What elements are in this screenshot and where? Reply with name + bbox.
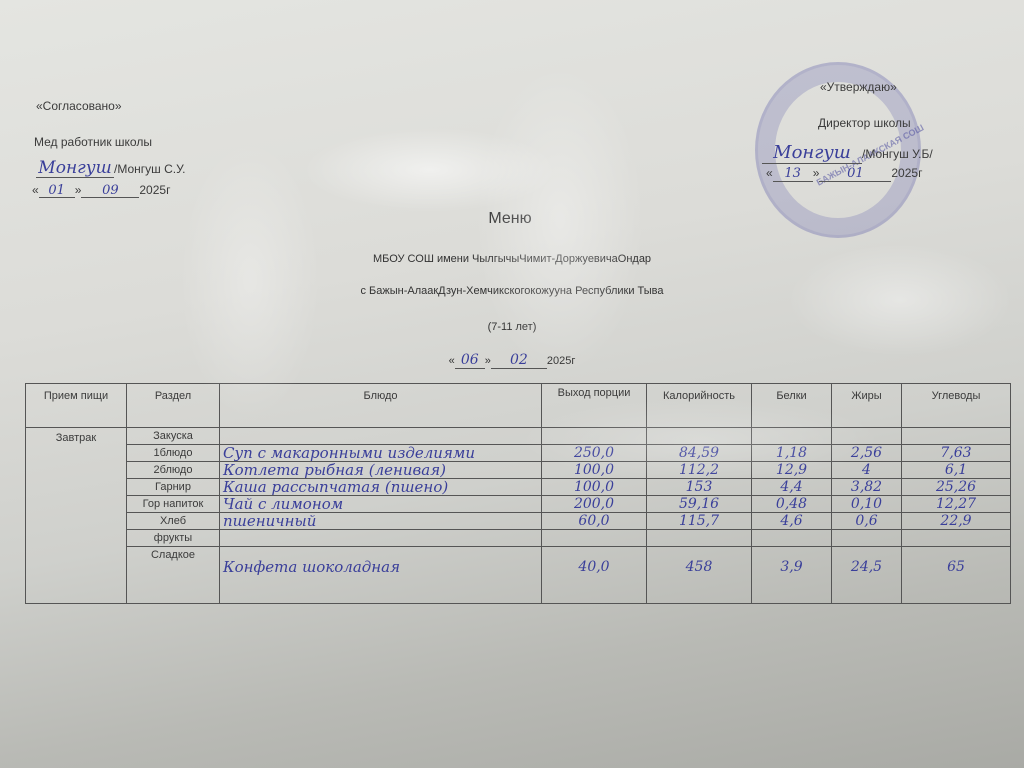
row-section: Сладкое bbox=[127, 547, 220, 604]
row-proteins bbox=[752, 428, 832, 445]
agreed-signature: Монгуш bbox=[36, 160, 114, 178]
row-calories: 153 bbox=[647, 479, 752, 496]
table-row: Завтрак Закуска bbox=[26, 428, 1011, 445]
menu-date-year: 2025г bbox=[547, 355, 575, 367]
row-dish: пшеничный bbox=[220, 513, 542, 530]
row-fats bbox=[832, 530, 902, 547]
row-section: 1блюдо bbox=[127, 445, 220, 462]
row-fats: 24,5 bbox=[832, 547, 902, 604]
table-row: 2блюдо Котлета рыбная (ленивая) 100,0 11… bbox=[26, 462, 1011, 479]
row-carbs: 7,63 bbox=[902, 445, 1011, 462]
row-fats: 0,6 bbox=[832, 513, 902, 530]
row-section: Хлеб bbox=[127, 513, 220, 530]
row-proteins: 4,4 bbox=[752, 479, 832, 496]
row-dish: Суп с макаронными изделиями bbox=[220, 445, 542, 462]
menu-date-day: 06 bbox=[455, 352, 485, 369]
header-meal: Прием пищи bbox=[26, 384, 127, 428]
approved-signature: Монгуш bbox=[762, 142, 862, 164]
row-calories bbox=[647, 530, 752, 547]
row-dish: Конфета шоколадная bbox=[220, 547, 542, 604]
row-dish bbox=[220, 428, 542, 445]
header-calories: Калорийность bbox=[647, 384, 752, 428]
row-proteins: 12,9 bbox=[752, 462, 832, 479]
row-portion bbox=[542, 428, 647, 445]
row-calories bbox=[647, 428, 752, 445]
agreed-date-month: 09 bbox=[81, 184, 139, 198]
row-dish: Каша рассыпчатая (пшено) bbox=[220, 479, 542, 496]
row-calories: 112,2 bbox=[647, 462, 752, 479]
header-carbs: Углеводы bbox=[902, 384, 1011, 428]
agreed-signature-line: Монгуш/Монгуш С.У. bbox=[36, 160, 185, 178]
header-section: Раздел bbox=[127, 384, 220, 428]
row-proteins: 1,18 bbox=[752, 445, 832, 462]
row-portion: 250,0 bbox=[542, 445, 647, 462]
row-portion: 200,0 bbox=[542, 496, 647, 513]
row-fats: 2,56 bbox=[832, 445, 902, 462]
header-portion: Выход порции bbox=[542, 384, 647, 428]
table-row: Хлеб пшеничный 60,0 115,7 4,6 0,6 22,9 bbox=[26, 513, 1011, 530]
approved-date-year: 2025г bbox=[891, 166, 922, 180]
row-section: Гор напиток bbox=[127, 496, 220, 513]
row-calories: 59,16 bbox=[647, 496, 752, 513]
row-proteins bbox=[752, 530, 832, 547]
table-row: Гор напиток Чай с лимоном 200,0 59,16 0,… bbox=[26, 496, 1011, 513]
row-section: Закуска bbox=[127, 428, 220, 445]
row-section: 2блюдо bbox=[127, 462, 220, 479]
agreed-heading: «Согласовано» bbox=[36, 100, 122, 112]
age-group: (7-11 лет) bbox=[0, 321, 1024, 333]
table-row: 1блюдо Суп с макаронными изделиями 250,0… bbox=[26, 445, 1011, 462]
row-portion: 100,0 bbox=[542, 462, 647, 479]
header-dish: Блюдо bbox=[220, 384, 542, 428]
menu-table: Прием пищи Раздел Блюдо Выход порции Кал… bbox=[25, 383, 1011, 604]
approved-position: Директор школы bbox=[818, 116, 911, 130]
row-portion bbox=[542, 530, 647, 547]
row-dish: Чай с лимоном bbox=[220, 496, 542, 513]
row-portion: 100,0 bbox=[542, 479, 647, 496]
approved-date-month: 01 bbox=[819, 166, 891, 182]
approved-heading: «Утверждаю» bbox=[820, 80, 897, 94]
row-carbs: 12,27 bbox=[902, 496, 1011, 513]
row-proteins: 4,6 bbox=[752, 513, 832, 530]
agreed-date-day: 01 bbox=[39, 184, 75, 198]
row-carbs: 6,1 bbox=[902, 462, 1011, 479]
header-proteins: Белки bbox=[752, 384, 832, 428]
approved-date-day: 13 bbox=[773, 166, 813, 182]
row-dish bbox=[220, 530, 542, 547]
agreed-date: «01»092025г bbox=[32, 184, 170, 198]
row-fats: 3,82 bbox=[832, 479, 902, 496]
row-carbs: 25,26 bbox=[902, 479, 1011, 496]
table-row: Гарнир Каша рассыпчатая (пшено) 100,0 15… bbox=[26, 479, 1011, 496]
row-calories: 458 bbox=[647, 547, 752, 604]
approved-signature-line: Монгуш/Монгуш У.Б/ bbox=[762, 142, 933, 164]
row-portion: 40,0 bbox=[542, 547, 647, 604]
row-calories: 84,59 bbox=[647, 445, 752, 462]
table-row: фрукты bbox=[26, 530, 1011, 547]
approved-name: /Монгуш У.Б/ bbox=[862, 147, 933, 161]
school-location: с Бажын-АлаакДзун-Хемчикскогокожууна Рес… bbox=[0, 285, 1024, 297]
row-section: Гарнир bbox=[127, 479, 220, 496]
row-fats bbox=[832, 428, 902, 445]
school-name: МБОУ СОШ имени ЧылгычыЧимит-ДоржуевичаОн… bbox=[0, 253, 1024, 265]
row-carbs bbox=[902, 428, 1011, 445]
agreed-name: /Монгуш С.У. bbox=[114, 162, 185, 176]
row-carbs: 65 bbox=[902, 547, 1011, 604]
row-fats: 4 bbox=[832, 462, 902, 479]
menu-date-month: 02 bbox=[491, 352, 547, 369]
table-header-row: Прием пищи Раздел Блюдо Выход порции Кал… bbox=[26, 384, 1011, 428]
row-fats: 0,10 bbox=[832, 496, 902, 513]
row-carbs bbox=[902, 530, 1011, 547]
menu-date: «06»022025г bbox=[0, 352, 1024, 369]
row-proteins: 3,9 bbox=[752, 547, 832, 604]
approved-date: «13»012025г bbox=[766, 166, 922, 182]
row-section: фрукты bbox=[127, 530, 220, 547]
header-fats: Жиры bbox=[832, 384, 902, 428]
agreed-position: Мед работник школы bbox=[34, 136, 152, 148]
table-row: Сладкое Конфета шоколадная 40,0 458 3,9 … bbox=[26, 547, 1011, 604]
row-calories: 115,7 bbox=[647, 513, 752, 530]
row-dish: Котлета рыбная (ленивая) bbox=[220, 462, 542, 479]
row-carbs: 22,9 bbox=[902, 513, 1011, 530]
meal-name: Завтрак bbox=[26, 428, 127, 604]
row-portion: 60,0 bbox=[542, 513, 647, 530]
agreed-date-year: 2025г bbox=[139, 183, 170, 197]
document-title: Меню bbox=[0, 210, 1022, 228]
row-proteins: 0,48 bbox=[752, 496, 832, 513]
